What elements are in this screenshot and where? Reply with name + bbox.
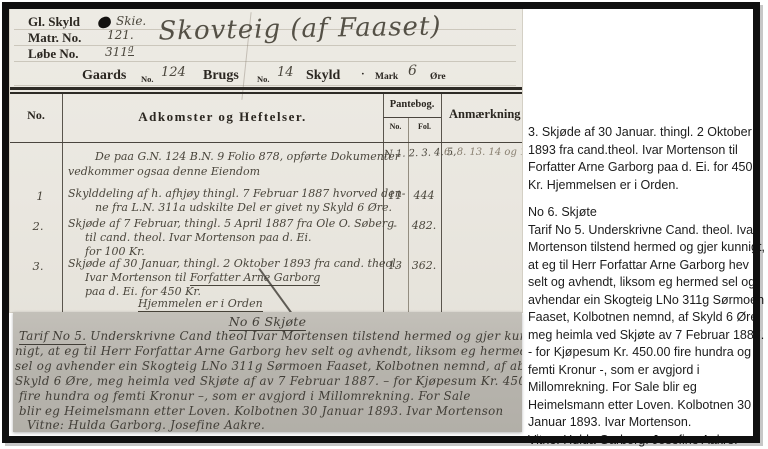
- transcription-paragraph-1: 3. Skjøde af 30 Januar. thingl. 2 Oktobe…: [528, 124, 768, 194]
- page-title-script: Skovteig (af Faaset): [130, 11, 470, 47]
- col-header-pantebog-no: No.: [383, 122, 408, 131]
- gaards-no-value: 124: [161, 65, 186, 80]
- table-row-1-line-1: Skylddeling af h. afhjøy thingl. 7 Febru…: [68, 187, 406, 200]
- column-divider: [62, 94, 63, 312]
- table-row-1-pantebog-fol: 444: [409, 189, 439, 202]
- table-row-3-pantebog-fol: 362.: [409, 259, 439, 272]
- transcription-paragraph-2-body: Tarif No 5. Underskrivne Cand. theol. Iv…: [528, 222, 768, 432]
- deed-line-1: Tarif No 5. Underskrivne Cand theol Ivar…: [19, 329, 522, 343]
- deed-line-6: blir eg Heimelsmann etter Loven. Kolbotn…: [19, 404, 503, 418]
- deed-line-5: fire hundra og femti Kronur –, som er av…: [19, 389, 471, 403]
- gaards-no-label: No.: [141, 74, 154, 84]
- ruling-line: [14, 45, 516, 46]
- deed-tarif: Tarif No 5.: [19, 329, 86, 345]
- brugs-no-label: No.: [257, 74, 270, 84]
- col-header-pantebog-fol: Fol.: [408, 122, 441, 131]
- brugs-label: Brugs: [203, 68, 239, 84]
- underlined-grantee: Forfatter Arne Garborg: [190, 271, 321, 286]
- brugs-no-value: 14: [277, 65, 294, 80]
- deed-scan: No 6 Skjøte Tarif No 5. Underskrivne Can…: [13, 312, 522, 432]
- skyld-label: Skyld: [306, 68, 340, 84]
- col-header-pantebog: Pantebog.: [383, 99, 441, 110]
- lobe-no-label: Løbe No.: [28, 46, 79, 62]
- col-header-anmaerkning: Anmærkning: [449, 107, 522, 122]
- table-row-0-anmaerkning: 6. 8. 13. 14 og 16: [444, 147, 522, 158]
- table-row-2-line-2: til cand. theol. Ivar Mortenson paa d. E…: [85, 231, 312, 244]
- deed-line-4: Skyld 6 Øre, meg heimla ved Skjøte af av…: [15, 374, 522, 388]
- ore-label: Øre: [430, 72, 446, 82]
- mark-label: Mark: [375, 72, 398, 82]
- deed-line-7: Vitne: Hulda Garborg. Josefine Aakre.: [27, 418, 265, 432]
- ruling-line: [14, 61, 516, 62]
- gl-skyld-label: Gl. Skyld: [28, 14, 80, 30]
- deed-heading: No 6 Skjøte: [13, 314, 522, 329]
- pantebog-subheader-rule: [383, 117, 441, 118]
- matr-no-label: Matr. No.: [28, 30, 81, 46]
- page: Gl. Skyld Skie. Matr. No. 121. Løbe No. …: [0, 0, 768, 449]
- table-row-1-line-2: ne fra L.N. 311a udskilte Del er givet n…: [95, 201, 392, 214]
- col-header-no: No.: [10, 108, 62, 123]
- deed-line-3: sel og avhender ein Skogteig LNo 311g Sø…: [15, 359, 522, 373]
- table-row-2-pantebog-fol: 482.: [409, 219, 439, 232]
- col-header-adkomster: Adkomster og Heftelser.: [62, 109, 383, 125]
- ruling-line: [14, 85, 516, 86]
- gaards-label: Gaards: [82, 68, 126, 84]
- ledger-scan: Gl. Skyld Skie. Matr. No. 121. Løbe No. …: [10, 8, 522, 312]
- table-row-1-no: 1: [28, 189, 52, 203]
- table-row-1-pantebog-no: 11: [384, 189, 406, 202]
- table-row-2-no: 2.: [26, 219, 50, 233]
- column-divider: [441, 94, 442, 312]
- transcription-panel: 3. Skjøde af 30 Januar. thingl. 2 Oktobe…: [528, 124, 768, 449]
- table-row-3-line-4: Hjemmelen er i Orden: [138, 297, 263, 312]
- table-row-0-line-2: vedkommer ogsaa denne Eiendom: [68, 165, 260, 178]
- deed-line-2: nigt, at eg til Herr Forfattar Arne Garb…: [15, 344, 522, 358]
- table-top-rule: [10, 92, 522, 94]
- table-row-3-line-1: Skjøde af 30 Januar, thingl. 2 Oktober 1…: [68, 257, 399, 270]
- transcription-paragraph-2-heading: No 6. Skjøte: [528, 204, 768, 222]
- table-row-3-pantebog-no: 13: [384, 259, 406, 272]
- mark-value: 6: [408, 63, 417, 79]
- table-row-3-line-2: Ivar Mortenson til Forfatter Arne Garbor…: [85, 271, 320, 284]
- table-row-0-line-1: De paa G.N. 124 B.N. 9 Folio 878, opført…: [95, 150, 400, 163]
- header-bottom-rule: [10, 142, 522, 143]
- skyld-dot: ·: [361, 68, 365, 80]
- table-row-3-no: 3.: [26, 259, 50, 273]
- column-divider: [408, 118, 409, 312]
- table-top-rule: [10, 87, 522, 90]
- table-row-2-line-1: Skjøde af 7 Februar, thingl. 5 April 188…: [68, 217, 394, 230]
- table-row-2-pantebog-no: -: [384, 219, 406, 232]
- transcription-witness-line: Vitne: Hulda Garborg. Josefine Aakre.: [528, 432, 768, 449]
